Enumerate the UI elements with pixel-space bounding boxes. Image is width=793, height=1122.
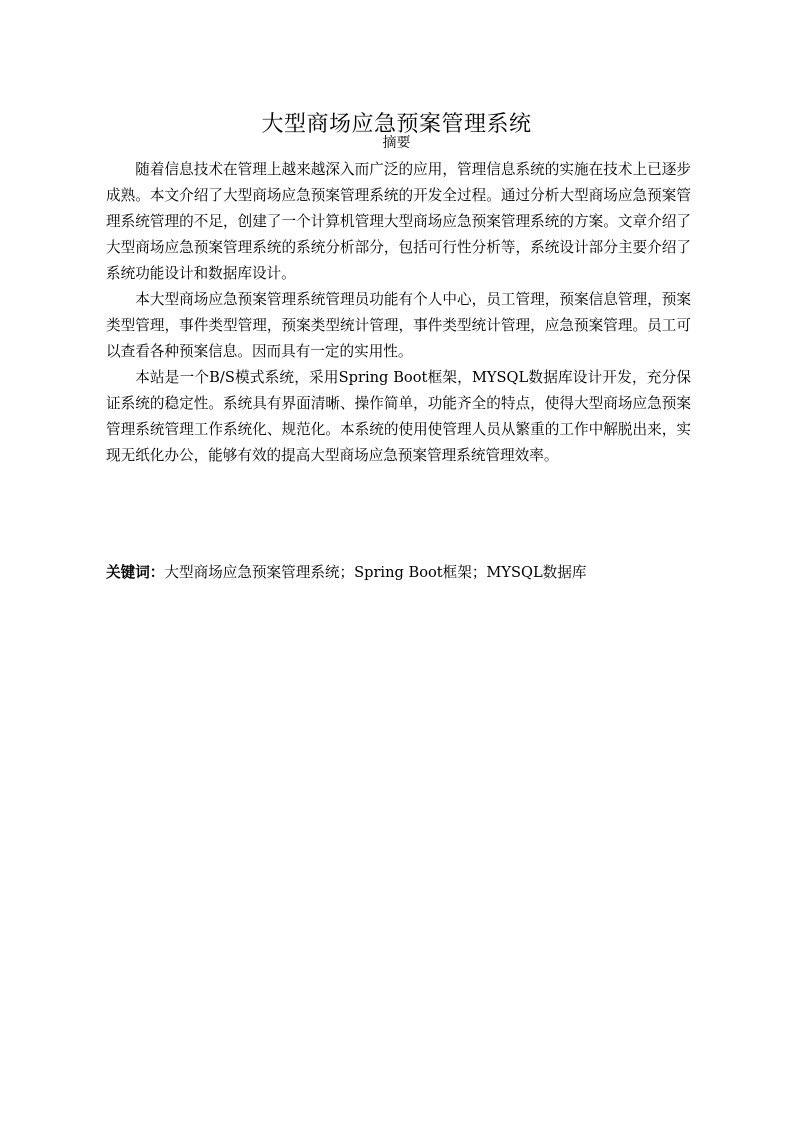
abstract-paragraph-1: 随着信息技术在管理上越来越深入而广泛的应用，管理信息系统的实施在技术上已逐步成熟…	[106, 157, 691, 287]
keywords-label: 关键词：	[106, 564, 164, 581]
abstract-heading: 摘要	[0, 133, 793, 153]
keywords-line: 关键词：大型商场应急预案管理系统；Spring Boot框架；MYSQL数据库	[106, 560, 691, 586]
abstract-body: 随着信息技术在管理上越来越深入而广泛的应用，管理信息系统的实施在技术上已逐步成熟…	[106, 157, 691, 469]
abstract-paragraph-3: 本站是一个B/S模式系统，采用Spring Boot框架，MYSQL数据库设计开…	[106, 365, 691, 469]
document-page: 大型商场应急预案管理系统 摘要 随着信息技术在管理上越来越深入而广泛的应用，管理…	[0, 0, 793, 1122]
keywords-text: 大型商场应急预案管理系统；Spring Boot框架；MYSQL数据库	[164, 564, 586, 581]
abstract-paragraph-2: 本大型商场应急预案管理系统管理员功能有个人中心，员工管理，预案信息管理，预案类型…	[106, 287, 691, 365]
